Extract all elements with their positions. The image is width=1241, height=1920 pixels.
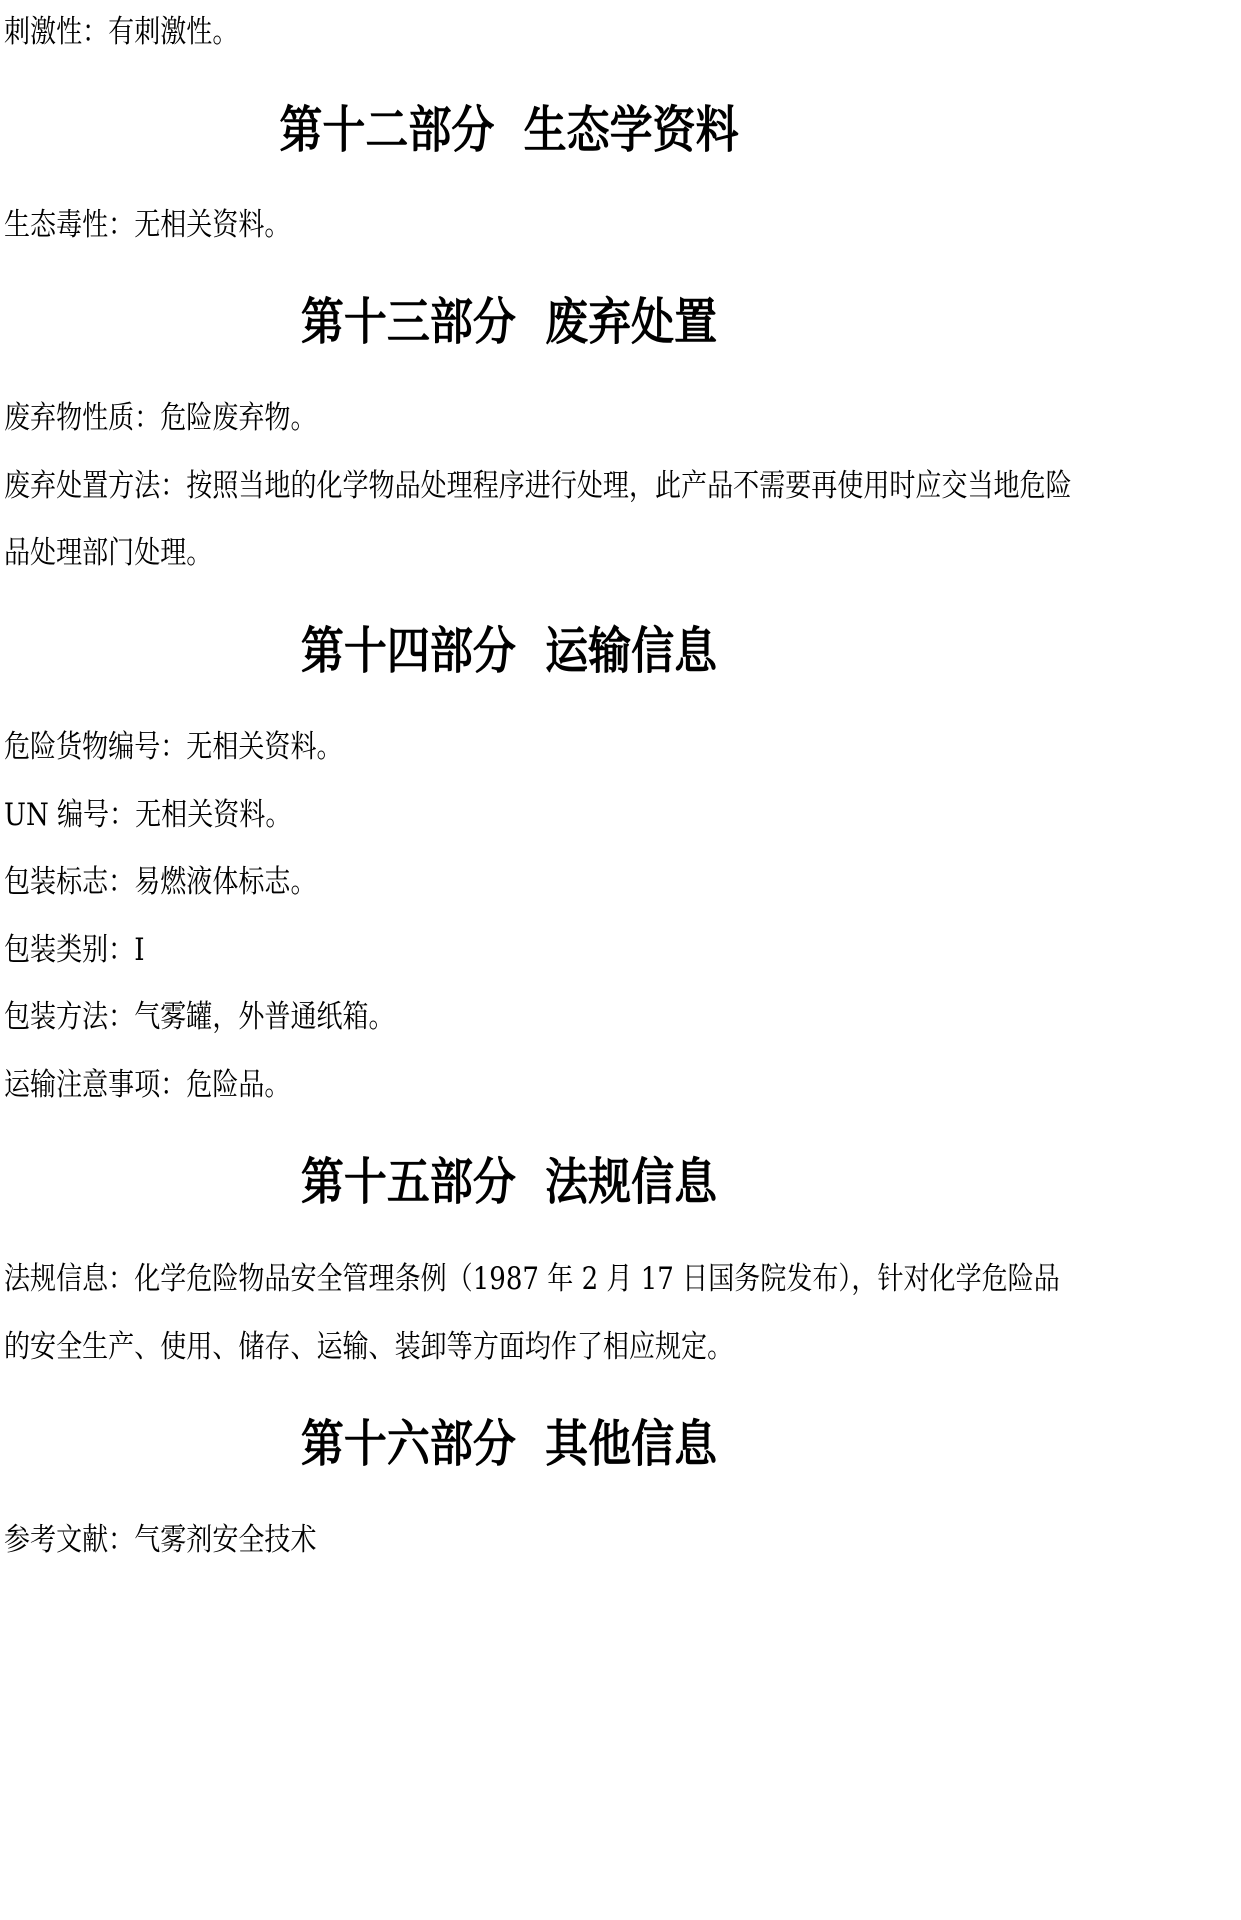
dangerous-goods-number-line: 危险货物编号：无相关资料。 xyxy=(4,727,343,767)
regulation-line-2: 的安全生产、使用、储存、运输、装卸等方面均作了相应规定。 xyxy=(4,1327,733,1367)
packaging-class-line: 包装类别：Ⅰ xyxy=(4,930,144,970)
document-page: 刺激性：有刺激性。 第十二部分生态学资料 生态毒性：无相关资料。 第十三部分废弃… xyxy=(0,0,1241,1920)
section-15-title: 法规信息 xyxy=(545,1153,717,1211)
regulation-line-1: 法规信息：化学危险物品安全管理条例（1987 年 2 月 17 日国务院发布），… xyxy=(4,1259,1060,1299)
section-16-heading: 第十六部分其他信息 xyxy=(4,1414,1014,1474)
disposal-method-line-2: 品处理部门处理。 xyxy=(4,533,212,573)
irritation-line: 刺激性：有刺激性。 xyxy=(4,12,238,52)
section-12-number: 第十二部分 xyxy=(279,101,494,159)
section-14-number: 第十四部分 xyxy=(301,622,516,680)
ecotoxicity-line: 生态毒性：无相关资料。 xyxy=(4,205,290,245)
section-16-number: 第十六部分 xyxy=(301,1415,516,1473)
un-number-line: UN 编号：无相关资料。 xyxy=(4,795,291,835)
references-line: 参考文献：气雾剂安全技术 xyxy=(4,1520,316,1560)
waste-nature-line: 废弃物性质：危险废弃物。 xyxy=(4,398,316,438)
section-14-heading: 第十四部分运输信息 xyxy=(4,621,1014,681)
packaging-method-line: 包装方法：气雾罐，外普通纸箱。 xyxy=(4,997,395,1037)
transport-precautions-line: 运输注意事项：危险品。 xyxy=(4,1065,290,1105)
section-15-heading: 第十五部分法规信息 xyxy=(4,1152,1014,1212)
packaging-mark-line: 包装标志：易燃液体标志。 xyxy=(4,862,316,902)
section-13-title: 废弃处置 xyxy=(545,293,717,351)
section-12-title: 生态学资料 xyxy=(524,101,739,159)
section-14-title: 运输信息 xyxy=(545,622,717,680)
section-13-number: 第十三部分 xyxy=(301,293,516,351)
section-13-heading: 第十三部分废弃处置 xyxy=(4,292,1014,352)
section-16-title: 其他信息 xyxy=(545,1415,717,1473)
section-12-heading: 第十二部分生态学资料 xyxy=(4,100,1014,160)
section-15-number: 第十五部分 xyxy=(301,1153,516,1211)
disposal-method-line-1: 废弃处置方法：按照当地的化学物品处理程序进行处理，此产品不需要再使用时应交当地危… xyxy=(4,466,1072,506)
